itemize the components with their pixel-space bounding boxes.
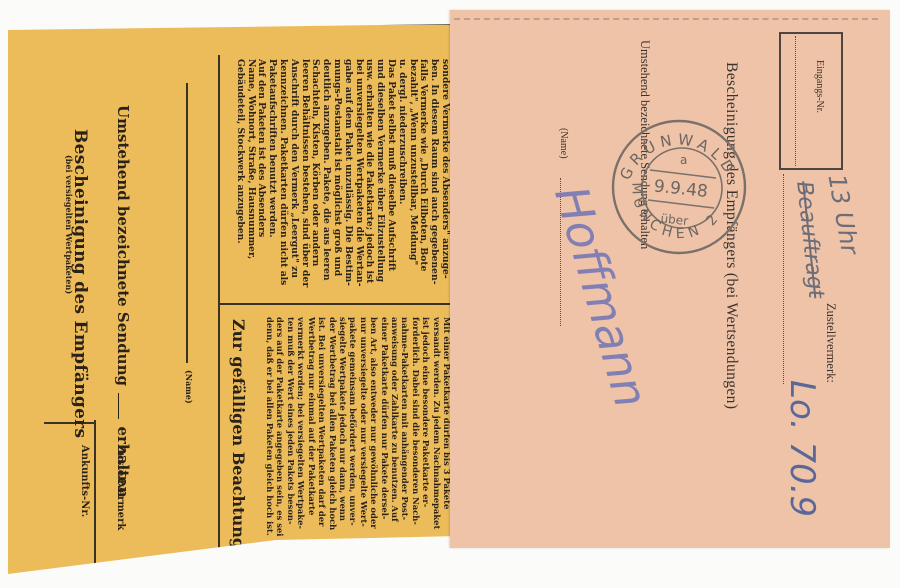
yellow-card-line: Umstehend bezeichnete Sendung erhalten	[114, 105, 132, 498]
notice-paragraph: sondere Vermerke des Absenders" anzuge- …	[234, 59, 450, 287]
postmark-date: 9.9.48	[653, 176, 709, 202]
pink-name-label: (Name)	[558, 128, 569, 159]
column-divider	[218, 55, 220, 555]
handwritten-value: Lo. 70.9	[782, 380, 822, 517]
yellow-parcel-card: Ankunfts-Nr. Zustellvermerk Bescheinigun…	[8, 24, 460, 575]
zustell-dotted-line	[783, 174, 784, 384]
ankunft-label: Ankunfts-Nr.	[79, 445, 90, 517]
yellow-card-subtitle: (bei versiegelten Wertpaketen)	[64, 155, 74, 294]
divider	[94, 420, 96, 570]
attention-title: Zur gefälligen Beachtung!	[229, 319, 248, 556]
blank-line	[118, 393, 119, 419]
postmark-circle-icon: GRÜNWALD MÜNCHEN 2 a 9.9.48 über	[604, 112, 754, 262]
name-label: (Name)	[184, 370, 194, 404]
dotted-line	[795, 36, 796, 166]
eingangs-nr-box: Eingangs-Nr.	[779, 32, 843, 170]
eingangs-label: Eingangs-Nr.	[814, 60, 825, 113]
row-divider	[218, 303, 454, 305]
perforation	[454, 18, 878, 20]
postmark-via: über	[660, 211, 689, 228]
signature-line	[186, 83, 188, 363]
postmark-stamp: GRÜNWALD MÜNCHEN 2 a 9.9.48 über	[604, 112, 754, 262]
zustellvermerk-label: Zustellvermerk:	[823, 303, 838, 383]
attention-paragraph: Mit einer Paketkarte dürfen bis 3 Pakete…	[265, 317, 452, 536]
postmark-letter: a	[680, 153, 687, 167]
